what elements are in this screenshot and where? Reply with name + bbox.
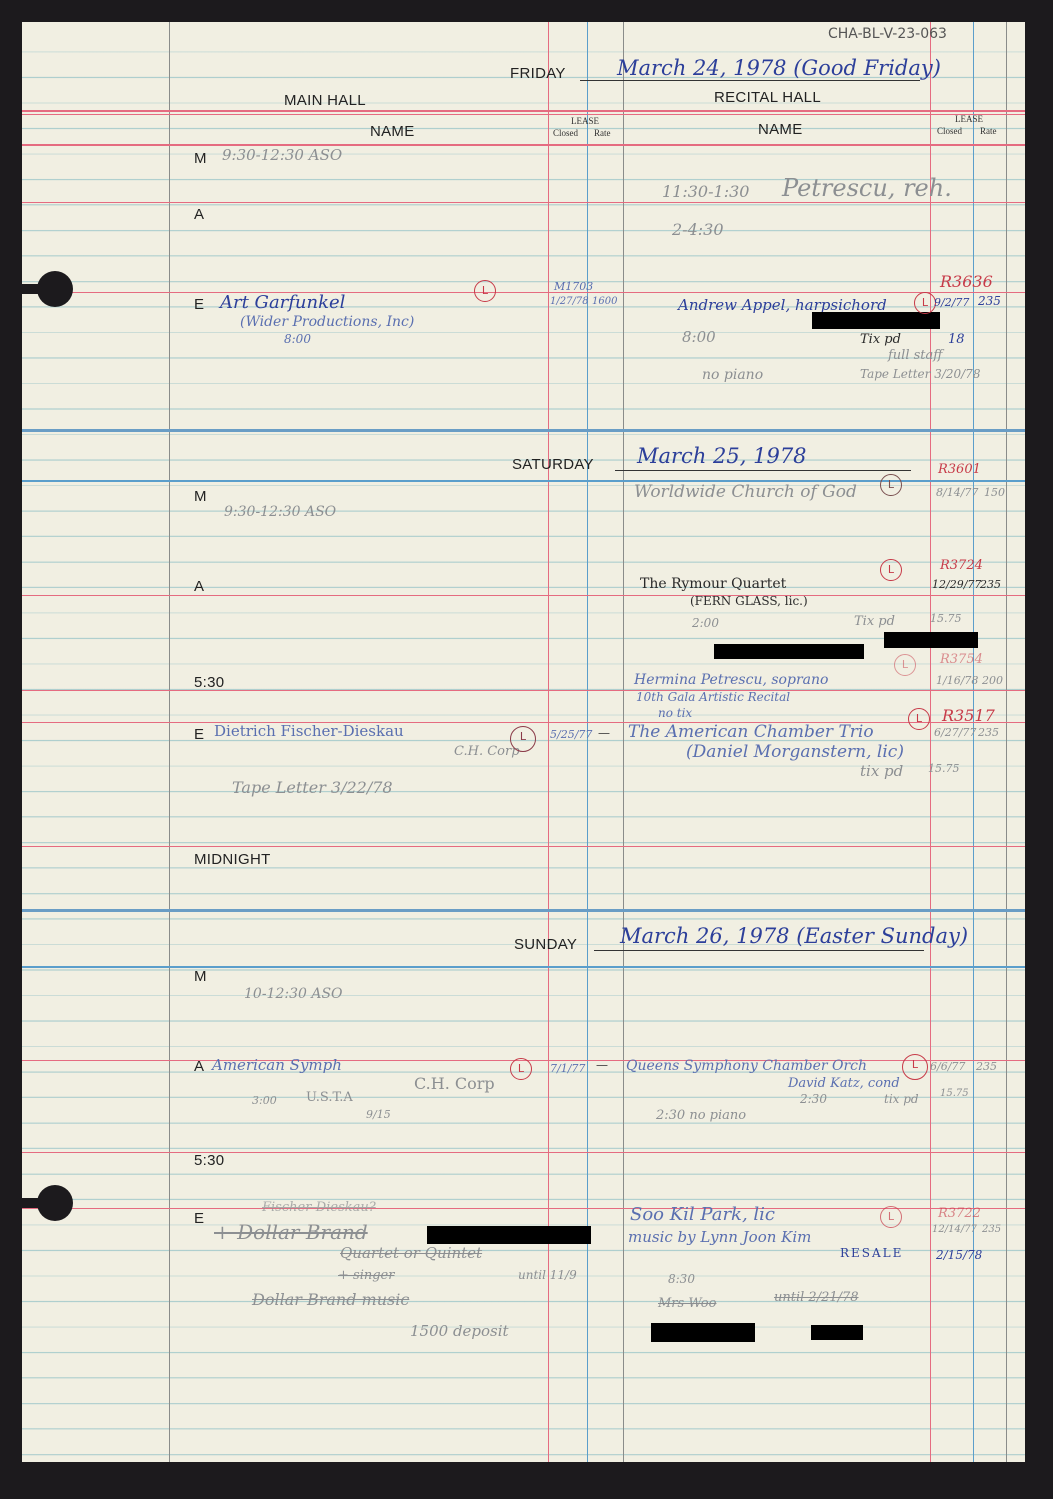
slot-a: A	[194, 1058, 204, 1075]
lease-mark-icon: L	[902, 1054, 928, 1080]
main-morning: 9:30-12:30 ASO	[222, 146, 342, 164]
usta-note: U.S.T.A	[306, 1090, 353, 1105]
slot-rule	[22, 1152, 1025, 1153]
lease-mark-icon: L	[880, 474, 902, 496]
slot-rule	[22, 1208, 1025, 1209]
date-underline	[594, 950, 924, 951]
lease-closed: 9/2/77	[934, 296, 969, 309]
lease-closed: 7/1/77	[550, 1062, 585, 1075]
struck-entry: Mrs Woo	[658, 1296, 716, 1311]
redaction	[651, 1323, 755, 1342]
slot-e: E	[194, 726, 204, 743]
recital-evening-time: 8:30	[668, 1272, 695, 1286]
date-underline	[615, 470, 911, 471]
hall-divider	[623, 22, 624, 1462]
slot-a: A	[194, 578, 204, 595]
recital-evening-sub: music by Lynn Joon Kim	[628, 1228, 811, 1246]
date-friday: March 24, 1978 (Good Friday)	[617, 56, 941, 80]
deposit-note: 1500 deposit	[410, 1322, 509, 1340]
lease-rule-left	[548, 22, 549, 1462]
slot-rule	[22, 690, 1025, 691]
main-evening-name: Art Garfunkel	[220, 292, 345, 313]
lease-mark-icon: L	[914, 292, 936, 314]
main-evening-sub: (Wider Productions, Inc)	[240, 314, 414, 330]
lease-rate: —	[598, 726, 610, 740]
recital-hall-heading: RECITAL HALL	[714, 89, 821, 106]
day-label-saturday: SATURDAY	[512, 456, 594, 473]
lease-rate: 1600	[592, 296, 617, 307]
rate-header-main: Rate	[594, 128, 611, 138]
lease-rate: 235	[978, 294, 1001, 308]
recital-afternoon-name: Queens Symphony Chamber Orch	[626, 1058, 867, 1074]
tix-amount: 15.75	[928, 762, 960, 775]
lease-ref: M1703	[554, 280, 593, 293]
day-label-friday: FRIDAY	[510, 65, 566, 82]
tix-paid: tix pd	[860, 762, 903, 780]
until-note: until 11/9	[518, 1268, 577, 1282]
rate-header-recital: Rate	[980, 126, 997, 136]
header-top-rule-2	[22, 114, 1025, 115]
main-morning: 9:30-12:30 ASO	[224, 504, 336, 520]
struck-entry: Quartet or Quintet	[340, 1244, 482, 1262]
slot-530: 5:30	[194, 674, 224, 691]
usta-date: 9/15	[366, 1108, 391, 1121]
lease-closed: 6/27/77	[934, 726, 976, 739]
tix-amount: 18	[948, 332, 965, 347]
lease-ref: R3636	[940, 272, 993, 291]
lease-rate: —	[596, 1058, 608, 1072]
header-bottom-rule	[22, 144, 1025, 146]
recital-midday-1: 11:30-1:30	[662, 182, 749, 201]
slot-530: 5:30	[194, 1152, 224, 1169]
closed-header-main: Closed	[553, 128, 578, 138]
struck-entry: Dollar Brand music	[252, 1290, 409, 1309]
slot-rule	[22, 202, 1025, 203]
redaction	[884, 632, 978, 648]
struck-entry: + Dollar Brand	[214, 1220, 368, 1244]
catalog-id: CHA-BL-V-23-063	[828, 26, 947, 42]
slot-rule	[22, 292, 1025, 293]
slot-e: E	[194, 1210, 204, 1227]
struck-entry: + singer	[338, 1268, 394, 1283]
lease-closed: 12/29/77	[932, 578, 981, 591]
main-afternoon-name: American Symph	[212, 1056, 342, 1074]
main-hall-heading: MAIN HALL	[284, 92, 366, 109]
recital-evening-name: Soo Kil Park, lic	[630, 1204, 775, 1225]
date-sunday: March 26, 1978 (Easter Sunday)	[620, 924, 968, 948]
tape-letter-note: Tape Letter 3/20/78	[860, 367, 980, 381]
closed-header-recital: Closed	[937, 126, 962, 136]
margin-rule	[169, 22, 170, 1462]
lease-mark-icon: L	[510, 1058, 532, 1080]
no-tix-note: no tix	[658, 706, 692, 720]
lease-ref: R3517	[942, 706, 995, 725]
hole-punch-slot	[20, 1198, 42, 1208]
slot-midnight: MIDNIGHT	[194, 851, 271, 868]
resale-label: RESALE	[840, 1246, 903, 1260]
ledger-page: CHA-BL-V-23-063 FRIDAY March 24, 1978 (G…	[22, 22, 1025, 1462]
recital-afternoon-name: The Rymour Quartet	[640, 576, 786, 592]
lease-closed: 5/25/77	[550, 728, 592, 741]
slot-rule	[22, 722, 1025, 723]
date-saturday: March 25, 1978	[637, 444, 807, 468]
rate-rule-left	[587, 22, 588, 1462]
recital-midday-note: Petrescu, reh.	[782, 174, 952, 202]
lease-header-recital: LEASE	[955, 114, 983, 124]
main-morning: 10-12:30 ASO	[244, 986, 343, 1002]
recital-afternoon-sub: (FERN GLASS, lic.)	[690, 594, 808, 608]
lease-rate: 150	[984, 486, 1005, 499]
main-afternoon-time: 3:00	[252, 1094, 277, 1107]
tix-paid: Tix pd	[860, 332, 901, 347]
no-piano-note: 2:30 no piano	[656, 1108, 746, 1123]
redaction	[714, 644, 864, 659]
edge-rule-right	[1006, 22, 1007, 1462]
lease-mark-icon: L	[908, 708, 930, 730]
rate-rule-right	[973, 22, 974, 1462]
lease-closed: 1/27/78	[550, 296, 589, 307]
name-header-main: NAME	[370, 123, 415, 140]
redaction	[812, 312, 940, 329]
day-separator	[22, 429, 1025, 432]
lease-closed: 8/14/77	[936, 486, 978, 499]
lease-rate: 235	[976, 1060, 997, 1073]
recital-evening-sub: (Daniel Morganstern, lic)	[686, 742, 904, 762]
recital-morning-name: Worldwide Church of God	[634, 482, 857, 502]
recital-530-sub: 10th Gala Artistic Recital	[636, 690, 790, 704]
recital-evening-time: 8:00	[682, 328, 716, 346]
lease-rate: 235	[978, 726, 999, 739]
lease-ref: R3724	[940, 558, 983, 573]
lease-mark-icon: L	[880, 559, 902, 581]
lease-ref: R3754	[940, 652, 983, 667]
no-piano-note: no piano	[702, 367, 763, 383]
main-evening-sub: C.H. Corp	[454, 744, 520, 759]
main-evening-time: 8:00	[284, 332, 311, 346]
lease-mark-icon: L	[894, 654, 916, 676]
lease-header-main: LEASE	[571, 116, 599, 126]
hole-punch-bottom	[37, 1185, 73, 1221]
lease-rule-right	[930, 22, 931, 1462]
lease-rate: 200	[982, 674, 1003, 687]
day-label-sunday: SUNDAY	[514, 936, 577, 953]
recital-evening-name: The American Chamber Trio	[628, 722, 874, 742]
recital-afternoon-time: 2:30	[800, 1092, 827, 1106]
tix-paid: tix pd	[884, 1092, 919, 1106]
lease-ref: R3722	[938, 1206, 981, 1221]
lease-rate: 235	[982, 1224, 1001, 1235]
slot-rule	[22, 846, 1025, 847]
slot-e: E	[194, 296, 204, 313]
hole-punch-top	[37, 271, 73, 307]
slot-m: M	[194, 150, 207, 167]
day-top-rule	[22, 480, 1025, 482]
lease-closed: 6/6/77	[930, 1060, 965, 1073]
redaction	[811, 1325, 863, 1340]
lease-mark-icon: L	[880, 1206, 902, 1228]
resale-date: 2/15/78	[936, 1248, 982, 1262]
struck-entry: Fischer-Dieskau?	[262, 1200, 376, 1215]
slot-rule	[22, 595, 1025, 596]
main-evening-name: Dietrich Fischer-Dieskau	[214, 722, 404, 740]
lease-mark-icon: L	[474, 280, 496, 302]
day-separator	[22, 909, 1025, 912]
tape-letter-note: Tape Letter 3/22/78	[232, 778, 393, 797]
recital-midday-2: 2-4:30	[672, 220, 724, 239]
name-header-recital: NAME	[758, 121, 803, 138]
date-underline	[580, 80, 920, 81]
lease-closed: 12/14/77	[932, 1224, 977, 1235]
recital-530-name: Hermina Petrescu, soprano	[634, 672, 828, 688]
lease-closed: 1/16/78	[936, 674, 978, 687]
lease-ref: R3601	[938, 462, 981, 477]
tix-amount: 15.75	[940, 1088, 969, 1099]
redaction	[427, 1226, 591, 1244]
full-staff-note: full staff	[888, 348, 943, 363]
recital-afternoon-time: 2:00	[692, 616, 719, 630]
slot-a: A	[194, 206, 204, 223]
main-afternoon-sub: C.H. Corp	[414, 1074, 495, 1093]
header-top-rule	[22, 110, 1025, 112]
recital-afternoon-sub: David Katz, cond	[788, 1076, 900, 1091]
lease-mark-icon: L	[510, 726, 536, 752]
slot-m: M	[194, 488, 207, 505]
lease-rate: 235	[980, 578, 1001, 591]
slot-m: M	[194, 968, 207, 985]
hole-punch-slot	[20, 284, 42, 294]
tix-paid: Tix pd	[854, 614, 895, 629]
tix-amount: 15.75	[930, 612, 962, 625]
day-top-rule	[22, 966, 1025, 968]
struck-entry: until 2/21/78	[774, 1290, 859, 1305]
